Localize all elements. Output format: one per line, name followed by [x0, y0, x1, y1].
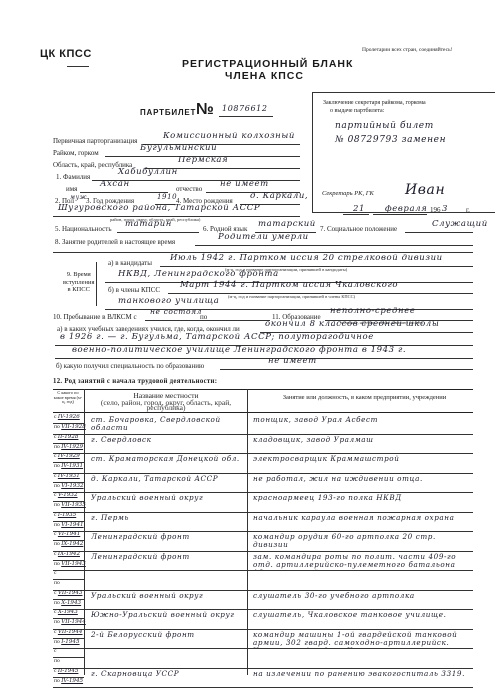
specialty-label: б) какую получил специальность по образо… — [56, 362, 204, 370]
name-label: имя — [66, 185, 77, 193]
sign-date-day: 21 — [353, 204, 365, 214]
row-divider — [53, 687, 473, 688]
conclusion-line-2: № 08729793 заменен — [335, 135, 446, 145]
to-prefix: по — [54, 444, 60, 450]
row-occupation: не работал, жил на иждивении отца. — [253, 475, 471, 493]
from-prefix: с — [54, 473, 56, 479]
row-place — [91, 650, 246, 668]
name-value: Ахсан — [100, 179, 130, 189]
row-occupation: на излечении по ранению эвакогоспиталь 3… — [253, 670, 471, 688]
secretary-heading-2: о выдаче партбилета: — [330, 108, 384, 114]
from-prefix: с — [54, 414, 56, 420]
raikom-value: Бугульминский — [140, 143, 217, 153]
underline — [55, 358, 473, 359]
sign-date-year-suffix: 3 — [442, 204, 448, 214]
row-from: с II-1945 — [54, 668, 78, 674]
sign-date-suffix: г. — [466, 206, 470, 214]
row-place: Ленинградский фронт — [91, 553, 246, 571]
to-prefix: по — [54, 580, 60, 586]
to-date: I-1945 — [61, 639, 79, 645]
row-place: г. Пермь — [91, 514, 246, 532]
institutions-value-3: военно-политическое училище Ленинградско… — [72, 345, 406, 355]
underline — [220, 369, 473, 370]
education-value: неполно-среднее — [330, 306, 416, 316]
form-subtitle: ЧЛЕНА КПСС — [225, 70, 304, 82]
to-date: IV-1945 — [61, 678, 83, 684]
to-prefix: по — [54, 522, 60, 528]
sign-date-month: февраля — [385, 204, 427, 214]
row-occupation: командир машины 1-ой гвардейской танково… — [253, 631, 471, 649]
social-value: Служащий — [432, 219, 488, 229]
row-to: по I-1945 — [54, 639, 80, 645]
row-from: с X-1943 — [54, 609, 78, 615]
row-place: Уральский военный округ — [91, 592, 246, 610]
from-prefix: с — [54, 609, 56, 615]
to-date: VII-1928 — [61, 424, 86, 430]
table-row: с VII-1943 по X-1943 Уральский военный о… — [53, 590, 473, 610]
from-prefix: с — [54, 453, 56, 459]
row-from: с — [54, 570, 56, 576]
row-place: Южно-Уральский военный округ — [91, 611, 246, 629]
to-date: VI-1932 — [61, 483, 83, 489]
table-row: с V-1932 по VII-1935 Уральский военный о… — [53, 492, 473, 512]
underline — [195, 245, 473, 246]
row-occupation: слушатель, Чкаловское танковое училище. — [253, 611, 471, 629]
candidate-value-1: Июль 1942 г. Партком иссия 20 стрелковой… — [170, 253, 443, 263]
from-date: IV-1929 — [58, 453, 80, 459]
patronymic-value: не имеет — [220, 179, 269, 189]
to-prefix: по — [54, 483, 60, 489]
row-place: г. Свердловск — [91, 436, 246, 454]
oblast-value: Пермская — [178, 155, 228, 165]
table-header-border — [53, 412, 473, 413]
member-value-2: танкового училища — [118, 296, 219, 306]
candidate-value-2: НКВД, Ленинградского фронта — [118, 269, 279, 279]
parents-label: 8. Занятие родителей в настоящее время — [55, 238, 175, 246]
joining-label-3: в КПСС — [63, 286, 94, 294]
parents-value: Родители умерли — [218, 232, 309, 242]
to-prefix: по — [54, 639, 60, 645]
row-from: с II-1928 — [54, 434, 78, 440]
row-from: с IX-1942 — [54, 551, 80, 557]
from-prefix: с — [54, 629, 56, 635]
native-lang-value: татарский — [258, 219, 316, 229]
to-date: X-1943 — [61, 600, 81, 606]
to-prefix: по — [54, 619, 60, 625]
table-row: с IX-1942 по VII-1943 Ленинградский фрон… — [53, 551, 473, 571]
raikom-label: Райком, горком — [53, 149, 99, 157]
form-title: РЕГИСТРАЦИОННЫЙ БЛАНК — [182, 58, 353, 70]
row-occupation: начальник караула военная пожарная охран… — [253, 514, 471, 532]
joining-section-label: 9. Время вступления в КПСС — [63, 271, 94, 294]
nationality-label: 5. Национальность — [55, 225, 112, 233]
komsomol-label: 10. Пребывание в ВЛКСМ с — [53, 313, 137, 321]
joining-label-1: 9. Время — [63, 271, 94, 279]
komsomol-value: не состоял — [150, 307, 202, 316]
row-occupation: кладовщик, завод Уралмаш — [253, 436, 471, 454]
row-from: с IV-1931 — [54, 473, 80, 479]
from-prefix: с — [54, 668, 56, 674]
member-value-1: Март 1944 г. Партком иссия Чкаловского — [180, 280, 398, 290]
bracket — [96, 262, 97, 306]
from-date: I-1935 — [58, 512, 76, 518]
to-prefix: по — [54, 424, 60, 430]
row-occupation: красноармеец 193-го полка НКВД — [253, 494, 471, 512]
to-prefix: по — [54, 561, 60, 567]
row-to: по IV-1929 — [54, 444, 83, 450]
table-row: с VI-1941 по IX-1942 Ленинградский фронт… — [53, 531, 473, 551]
row-from: с — [54, 648, 56, 654]
row-from: с IV-1929 — [54, 453, 80, 459]
row-from: с I-1935 — [54, 512, 76, 518]
member-label: б) в члены КПСС — [108, 286, 160, 294]
nationality-value: татарин — [125, 219, 172, 229]
sign-date-year-prefix: 196 — [430, 206, 441, 214]
to-date: VI-1941 — [61, 522, 83, 528]
row-to: по VII-1935 — [54, 502, 86, 508]
to-date: IV-1931 — [61, 463, 83, 469]
row-place: г. Скарновица УССР — [91, 670, 246, 688]
to-prefix: по — [54, 658, 60, 664]
partbilet-number: 10876612 — [222, 104, 268, 113]
from-date: IV-1931 — [58, 473, 80, 479]
surname-value: Хабибуллин — [118, 167, 178, 177]
from-date: V-1932 — [58, 492, 78, 498]
birth-place-value-2: Шугуровского района, Татарской АССР — [58, 203, 260, 213]
institutions-value-1: окончил 8 классов средней школы — [265, 319, 439, 329]
conclusion-line-1: партийный билет — [335, 121, 434, 131]
underline — [405, 232, 473, 233]
row-to: по — [54, 658, 60, 664]
row-to: по VII-1944 — [54, 619, 86, 625]
underline — [219, 116, 273, 117]
secretary-heading: Заключение секретаря райкома, горкома — [323, 100, 426, 106]
row-occupation: командир орудия 60-го артполка 20 стр. д… — [253, 533, 471, 551]
surname-label: 1. Фамилия — [56, 173, 90, 181]
underline — [373, 214, 427, 215]
from-date: X-1943 — [58, 609, 78, 615]
to-date: VII-1943 — [61, 561, 86, 567]
row-to: по IV-1931 — [54, 463, 83, 469]
row-occupation — [253, 572, 471, 590]
row-to: по — [54, 580, 60, 586]
underline — [343, 214, 369, 215]
from-date: IV-1926 — [58, 414, 80, 420]
row-place: ст. Бочаровка, Свердловской области — [91, 416, 246, 434]
from-prefix: с — [54, 648, 56, 654]
row-to: по X-1943 — [54, 600, 81, 606]
table-row: с X-1943 по VII-1944 Южно-Уральский воен… — [53, 609, 473, 629]
row-to: по VII-1943 — [54, 561, 86, 567]
table-row: с IV-1926 по VII-1928 ст. Бочаровка, Све… — [53, 414, 473, 434]
to-prefix: по — [54, 502, 60, 508]
table-row: с I-1935 по VI-1941 г. Пермь начальник к… — [53, 512, 473, 532]
table-top-border — [53, 389, 473, 390]
birth-place-value-1: д. Каркали, — [250, 191, 308, 201]
patronymic-label: отчество — [176, 185, 202, 193]
to-date: VII-1935 — [61, 502, 86, 508]
secretary-label: Секретарь РК, ГК — [322, 190, 374, 197]
from-prefix: с — [54, 590, 56, 596]
signature: Иван — [405, 182, 445, 198]
row-from: с VII-1943 — [54, 590, 82, 596]
col-occupation-header: Занятие или должность, в каком предприят… — [262, 393, 467, 402]
from-date: VII-1944 — [58, 629, 83, 635]
table-row: с по — [53, 570, 473, 590]
to-prefix: по — [54, 678, 60, 684]
row-to: по VI-1941 — [54, 522, 84, 528]
row-to: по VII-1928 — [54, 424, 86, 430]
from-prefix: с — [54, 551, 56, 557]
from-prefix: с — [54, 512, 56, 518]
joining-label-2: вступления — [63, 279, 94, 287]
row-from: с IV-1926 — [54, 414, 80, 420]
underline — [117, 232, 199, 233]
row-to: по VI-1932 — [54, 483, 84, 489]
row-from: с V-1932 — [54, 492, 78, 498]
table-row: с по — [53, 648, 473, 668]
birth-year-value: 1910 — [157, 193, 177, 201]
row-place: д. Каркали, Татарской АССР — [91, 475, 246, 493]
col-period-header: С какого по какое время (м-ц, год) — [53, 391, 83, 405]
row-to: по IV-1945 — [54, 678, 83, 684]
from-prefix: с — [54, 434, 56, 440]
candidate-label: а) в кандидаты — [108, 259, 152, 267]
to-prefix: по — [54, 541, 60, 547]
from-date: II-1928 — [58, 434, 79, 440]
row-from: с VII-1944 — [54, 629, 82, 635]
partbilet-label: ПАРТБИЛЕТ — [140, 108, 196, 117]
table-row: с VII-1944 по I-1945 2-й Белорусский фро… — [53, 629, 473, 649]
row-occupation — [253, 650, 471, 668]
number-sign: № — [196, 101, 214, 119]
table-row: с II-1945 по IV-1945 г. Скарновица УССР … — [53, 668, 473, 688]
to-date: VII-1944 — [61, 619, 86, 625]
row-occupation: зам. командира роты по полит. части 409-… — [253, 553, 471, 571]
row-place: Ленинградский фронт — [91, 533, 246, 551]
table-row: с II-1928 по IV-1929 г. Свердловск кладо… — [53, 434, 473, 454]
social-label: 7. Социальное положение — [320, 225, 397, 233]
row-from: с VI-1941 — [54, 531, 80, 537]
row-place — [91, 572, 246, 590]
to-prefix: по — [54, 600, 60, 606]
org-header: ЦК КПСС — [40, 48, 92, 60]
employment-title: 12. Род занятий с начала трудовой деятел… — [53, 378, 217, 385]
from-date: II-1945 — [58, 668, 79, 674]
from-date: IX-1942 — [58, 551, 80, 557]
row-occupation: тонщик, завод Урал Асбест — [253, 416, 471, 434]
table-row: с IV-1929 по IV-1931 ст. Краматорская До… — [53, 453, 473, 473]
primary-org-value: Комиссионный колхозный — [163, 131, 295, 141]
from-prefix: с — [54, 570, 56, 576]
primary-org-label: Первичная парторганизация — [53, 137, 137, 145]
from-prefix: с — [54, 531, 56, 537]
underline — [80, 192, 168, 193]
member-hint: (м-ц, год и название парторганизации, пр… — [228, 294, 355, 299]
to-prefix: по — [54, 463, 60, 469]
from-date: VII-1943 — [58, 590, 83, 596]
from-date: VI-1941 — [58, 531, 80, 537]
slogan: Пролетарии всех стран, соединяйтесь! — [362, 47, 452, 53]
divider — [67, 66, 89, 67]
row-place: 2-й Белорусский фронт — [91, 631, 246, 649]
from-prefix: с — [54, 492, 56, 498]
row-occupation: слушатель 30-го учебного артполка — [253, 592, 471, 610]
row-place: ст. Краматорская Донецкой обл. — [91, 455, 246, 473]
to-date: IV-1929 — [61, 444, 83, 450]
specialty-value: не имеет — [268, 356, 317, 366]
table-row: с IV-1931 по VI-1932 д. Каркали, Татарск… — [53, 473, 473, 493]
institutions-value-2: в 1926 г. — г. Бугульма, Татарской АССР;… — [60, 332, 374, 342]
row-occupation: электросварщик Краммашстрой — [253, 455, 471, 473]
col-place-hint: (село, район, город, округ, область, кра… — [96, 400, 236, 410]
underline — [145, 320, 270, 321]
row-place: Уральский военный округ — [91, 494, 246, 512]
to-date: IX-1942 — [61, 541, 83, 547]
row-to: по IX-1942 — [54, 541, 83, 547]
